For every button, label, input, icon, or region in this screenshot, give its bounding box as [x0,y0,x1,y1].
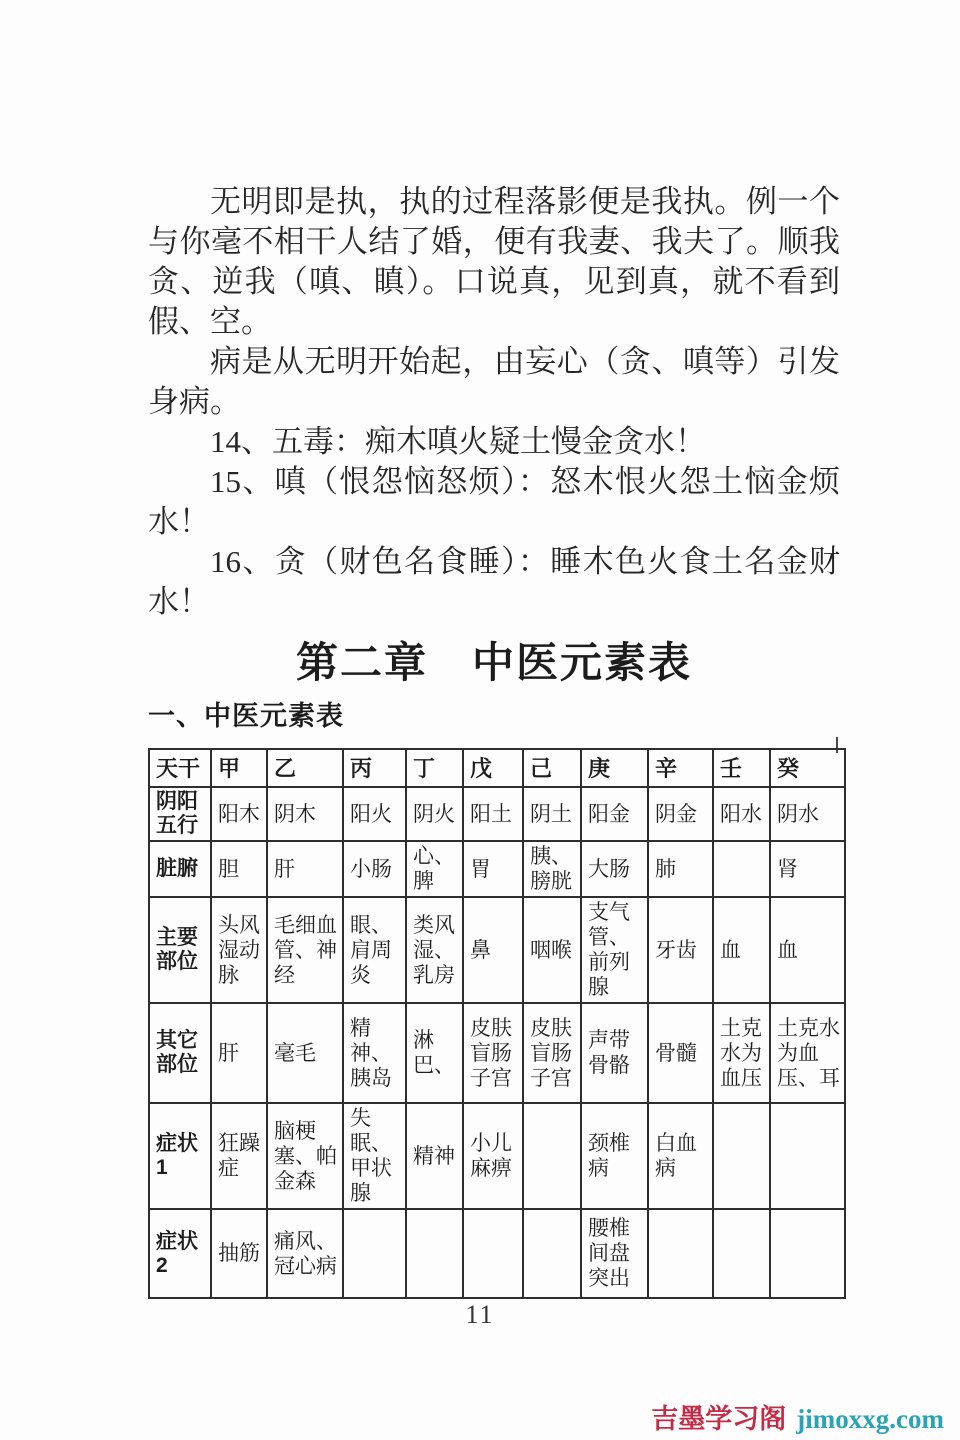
header-ji: 己 [523,749,581,787]
table-cell: 肝 [267,841,343,897]
table-cell [648,1209,713,1298]
table-cell: 阴火 [406,787,463,841]
header-tiangan: 天干 [149,749,211,787]
table-cell [523,1103,581,1209]
header-geng: 庚 [581,749,648,787]
table-cell: 肝 [211,1003,267,1103]
table-cell: 牙齿 [648,897,713,1003]
paragraph: 无明即是执，执的过程落影便是我执。例一个与你毫不相干人结了婚，便有我妻、我夫了。… [148,182,840,342]
body-text: 无明即是执，执的过程落影便是我执。例一个与你毫不相干人结了婚，便有我妻、我夫了。… [148,182,840,622]
table-cell: 大肠 [581,841,648,897]
table-cell: 阴土 [523,787,581,841]
table-cell: 肾 [770,841,845,897]
table-cell: 血 [770,897,845,1003]
table-cell: 白血病 [648,1103,713,1209]
paragraph: 病是从无明开始起，由妄心（贪、嗔等）引发身病。 [148,342,840,422]
table-cell: 淋巴、 [406,1003,463,1103]
table-cell: 胃 [463,841,523,897]
page-number: 11 [0,1300,960,1330]
table-cell: 小肠 [343,841,406,897]
table-cell [406,1209,463,1298]
row-label: 其它部位 [149,1003,211,1103]
table-cell: 骨髓 [648,1003,713,1103]
table-row-other-parts: 其它部位 肝 毫毛 精神、胰岛 淋巴、 皮肤盲肠子宫 皮肤盲肠子宫 声带骨骼 骨… [149,1003,845,1103]
table-cell: 阳火 [343,787,406,841]
table-header-row: 天干 甲 乙 丙 丁 戊 己 庚 辛 壬 癸 [149,749,845,787]
table-cell: 心、脾 [406,841,463,897]
table-cell: 阳土 [463,787,523,841]
table-cell: 脑梗塞、帕金森 [267,1103,343,1209]
row-label: 主要部位 [149,897,211,1003]
table-row-yinyang-wuxing: 阴阳五行 阳木 阴木 阳火 阴火 阳土 阴土 阳金 阴金 阳水 阴水 [149,787,845,841]
table-cell: 阴金 [648,787,713,841]
row-label: 症状2 [149,1209,211,1298]
table-cell: 阳金 [581,787,648,841]
paragraph: 14、五毒：痴木嗔火疑土慢金贪水！ [148,422,840,462]
table-cell: 土克水为血压、耳 [770,1003,845,1103]
table-cell: 阳水 [713,787,770,841]
table-cell [713,1103,770,1209]
header-ding: 丁 [406,749,463,787]
table-cell: 腰椎间盘突出 [581,1209,648,1298]
table-cell: 支气管、前列腺 [581,897,648,1003]
header-yi: 乙 [267,749,343,787]
table-cell: 阴水 [770,787,845,841]
table-cell [343,1209,406,1298]
table-cell: 毛细血管、神经 [267,897,343,1003]
scanned-book-page: 无明即是执，执的过程落影便是我执。例一个与你毫不相干人结了婚，便有我妻、我夫了。… [0,0,960,1440]
watermark-site-url: jimoxxg.com [796,1404,944,1434]
table-cell: 类风湿、乳房 [406,897,463,1003]
table-row-main-parts: 主要部位 头风湿动脉 毛细血管、神经 眼、肩周炎 类风湿、乳房 鼻 咽喉 支气管… [149,897,845,1003]
chapter-title: 第二章 中医元素表 [148,630,840,690]
table-cell [770,1209,845,1298]
table-cell: 小儿麻痹 [463,1103,523,1209]
table-cell: 毫毛 [267,1003,343,1103]
header-xin: 辛 [648,749,713,787]
table-cell: 鼻 [463,897,523,1003]
row-label: 阴阳五行 [149,787,211,841]
table-cell: 声带骨骼 [581,1003,648,1103]
table-row-symptom-1: 症状1 狂躁症 脑梗塞、帕金森 失眠、甲状腺 精神 小儿麻痹 颈椎病 白血病 [149,1103,845,1209]
header-wu: 戊 [463,749,523,787]
table-row-symptom-2: 症状2 抽筋 痛风、冠心病 腰椎间盘突出 [149,1209,845,1298]
header-gui: 癸 [770,749,845,787]
table-cell [463,1209,523,1298]
table-cell [713,841,770,897]
table-cell: 皮肤盲肠子宫 [523,1003,581,1103]
table-cell: 咽喉 [523,897,581,1003]
header-jia: 甲 [211,749,267,787]
table-cell: 皮肤盲肠子宫 [463,1003,523,1103]
tcm-elements-table: 天干 甲 乙 丙 丁 戊 己 庚 辛 壬 癸 阴阳五行 阳木 阴木 阳火 阴火 … [148,748,846,1299]
table-cell: 血 [713,897,770,1003]
table-cell: 头风湿动脉 [211,897,267,1003]
table-cell: 痛风、冠心病 [267,1209,343,1298]
header-bing: 丙 [343,749,406,787]
table-cell: 精神 [406,1103,463,1209]
table-cell: 狂躁症 [211,1103,267,1209]
table-cell [770,1103,845,1209]
paragraph: 15、嗔（恨怨恼怒烦）：怒木恨火怨土恼金烦水！ [148,462,840,542]
table-cell: 肺 [648,841,713,897]
table-cell: 阴木 [267,787,343,841]
table-cell: 胆 [211,841,267,897]
section-title: 一、中医元素表 [148,694,840,733]
table-cell [523,1209,581,1298]
table-cell: 抽筋 [211,1209,267,1298]
table-row-zangfu: 脏腑 胆 肝 小肠 心、脾 胃 胰、膀胱 大肠 肺 肾 [149,841,845,897]
table-cell: 胰、膀胱 [523,841,581,897]
table-cell: 阳木 [211,787,267,841]
table-cell: 颈椎病 [581,1103,648,1209]
watermark: 吉墨学习阁jimoxxg.com [651,1404,944,1434]
paragraph: 16、贪（财色名食睡）：睡木色火食土名金财水！ [148,542,840,622]
table-cell: 失眠、甲状腺 [343,1103,406,1209]
row-label: 症状1 [149,1103,211,1209]
watermark-site-name: 吉墨学习阁 [651,1404,786,1434]
table-cell: 精神、胰岛 [343,1003,406,1103]
table-cell: 眼、肩周炎 [343,897,406,1003]
header-ren: 壬 [713,749,770,787]
row-label: 脏腑 [149,841,211,897]
table-cell [713,1209,770,1298]
table-cell: 土克水为血压 [713,1003,770,1103]
